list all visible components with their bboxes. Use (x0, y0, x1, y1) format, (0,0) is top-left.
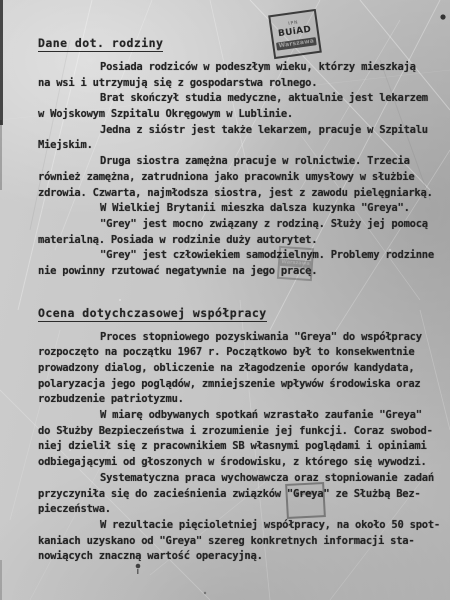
document-line: również zamężna, zatrudniona jako pracow… (38, 170, 438, 186)
document-line: "Grey" jest człowiekiem samodzielnym. Pr… (38, 248, 438, 264)
archive-stamp-bottom: BUiAD (285, 482, 326, 519)
document-line: materialną. Posiada w rodzinie duży auto… (38, 233, 438, 249)
section-heading: Ocena dotychczasowej współpracy (38, 306, 267, 322)
ink-speck (440, 14, 445, 19)
document-line: Systematyczna praca wychowawcza oraz sto… (38, 471, 438, 487)
document-line: W rezultacie pięcioletniej współpracy, n… (38, 518, 438, 534)
archive-stamp-middle: Warszawa (277, 246, 314, 281)
document-line: kaniach uzyskano od "Greya" szereg konkr… (38, 534, 438, 550)
document-line: Miejskim. (38, 138, 438, 154)
document-line: pieczeństwa. (38, 502, 438, 518)
stamp-city-label: Warszawa (280, 259, 311, 268)
document-line: rozpoczęto na początku 1967 r. Początkow… (38, 345, 438, 361)
document-line: Proces stopniowego pozyskiwania "Greya" … (38, 330, 438, 346)
section-heading: Dane dot. rodziny (38, 36, 163, 52)
document-line: Posiada rodziców w podeszłym wieku, któr… (38, 60, 438, 76)
document-line: "Grey" jest mocno związany z rodziną. Sł… (38, 217, 438, 233)
document-line: W Wielkiej Brytanii mieszka dalsza kuzyn… (38, 201, 438, 217)
archive-stamp-top: IPN BUiAD Warszawa (268, 9, 322, 59)
document-line: do Służby Bezpieczeństwa i zrozumienie j… (38, 424, 438, 440)
document-line: rozbudzenie patriotyzmu. (38, 392, 438, 408)
document-line: polaryzacja jego poglądów, zmniejszenie … (38, 377, 438, 393)
document-line: nowiących znaczną wartość operacyjną. (38, 549, 438, 565)
document-line: Brat skończył studia medyczne, aktualnie… (38, 91, 438, 107)
document-line: niej dzielił się z pracownikiem SB własn… (38, 439, 438, 455)
document-line: prowadzony dialog, obliczenie na złagodz… (38, 361, 438, 377)
document-section: Dane dot. rodzinyPosiada rodziców w pode… (38, 36, 438, 280)
ink-speck (204, 592, 206, 594)
document-text: Dane dot. rodzinyPosiada rodziców w pode… (38, 36, 438, 565)
document-line: na wsi i utrzymują się z gospodarstwa ro… (38, 76, 438, 92)
scan-edge-mark (0, 0, 3, 125)
document-line: Druga siostra zamężna pracuje w rolnictw… (38, 154, 438, 170)
document-line: Jedna z sióstr jest także lekarzem, prac… (38, 123, 438, 139)
stamp-buiad-label: BUiAD (295, 491, 315, 499)
document-line: nie powinny rzutować negatywnie na jego … (38, 264, 438, 280)
document-page: Dane dot. rodzinyPosiada rodziców w pode… (0, 0, 450, 600)
document-section: Ocena dotychczasowej współpracyProces st… (38, 306, 438, 565)
document-line: zdrowia. Czwarta, najmłodsza siostra, je… (38, 186, 438, 202)
document-line: W miarę odbywanych spotkań wzrastało zau… (38, 408, 438, 424)
document-line: przyczyniła się do zacieśnienia związków… (38, 487, 438, 503)
document-line: odbiegającymi od głoszonych w środowisku… (38, 455, 438, 471)
document-line: w Wojskowym Szpitalu Okręgowym w Lublini… (38, 107, 438, 123)
